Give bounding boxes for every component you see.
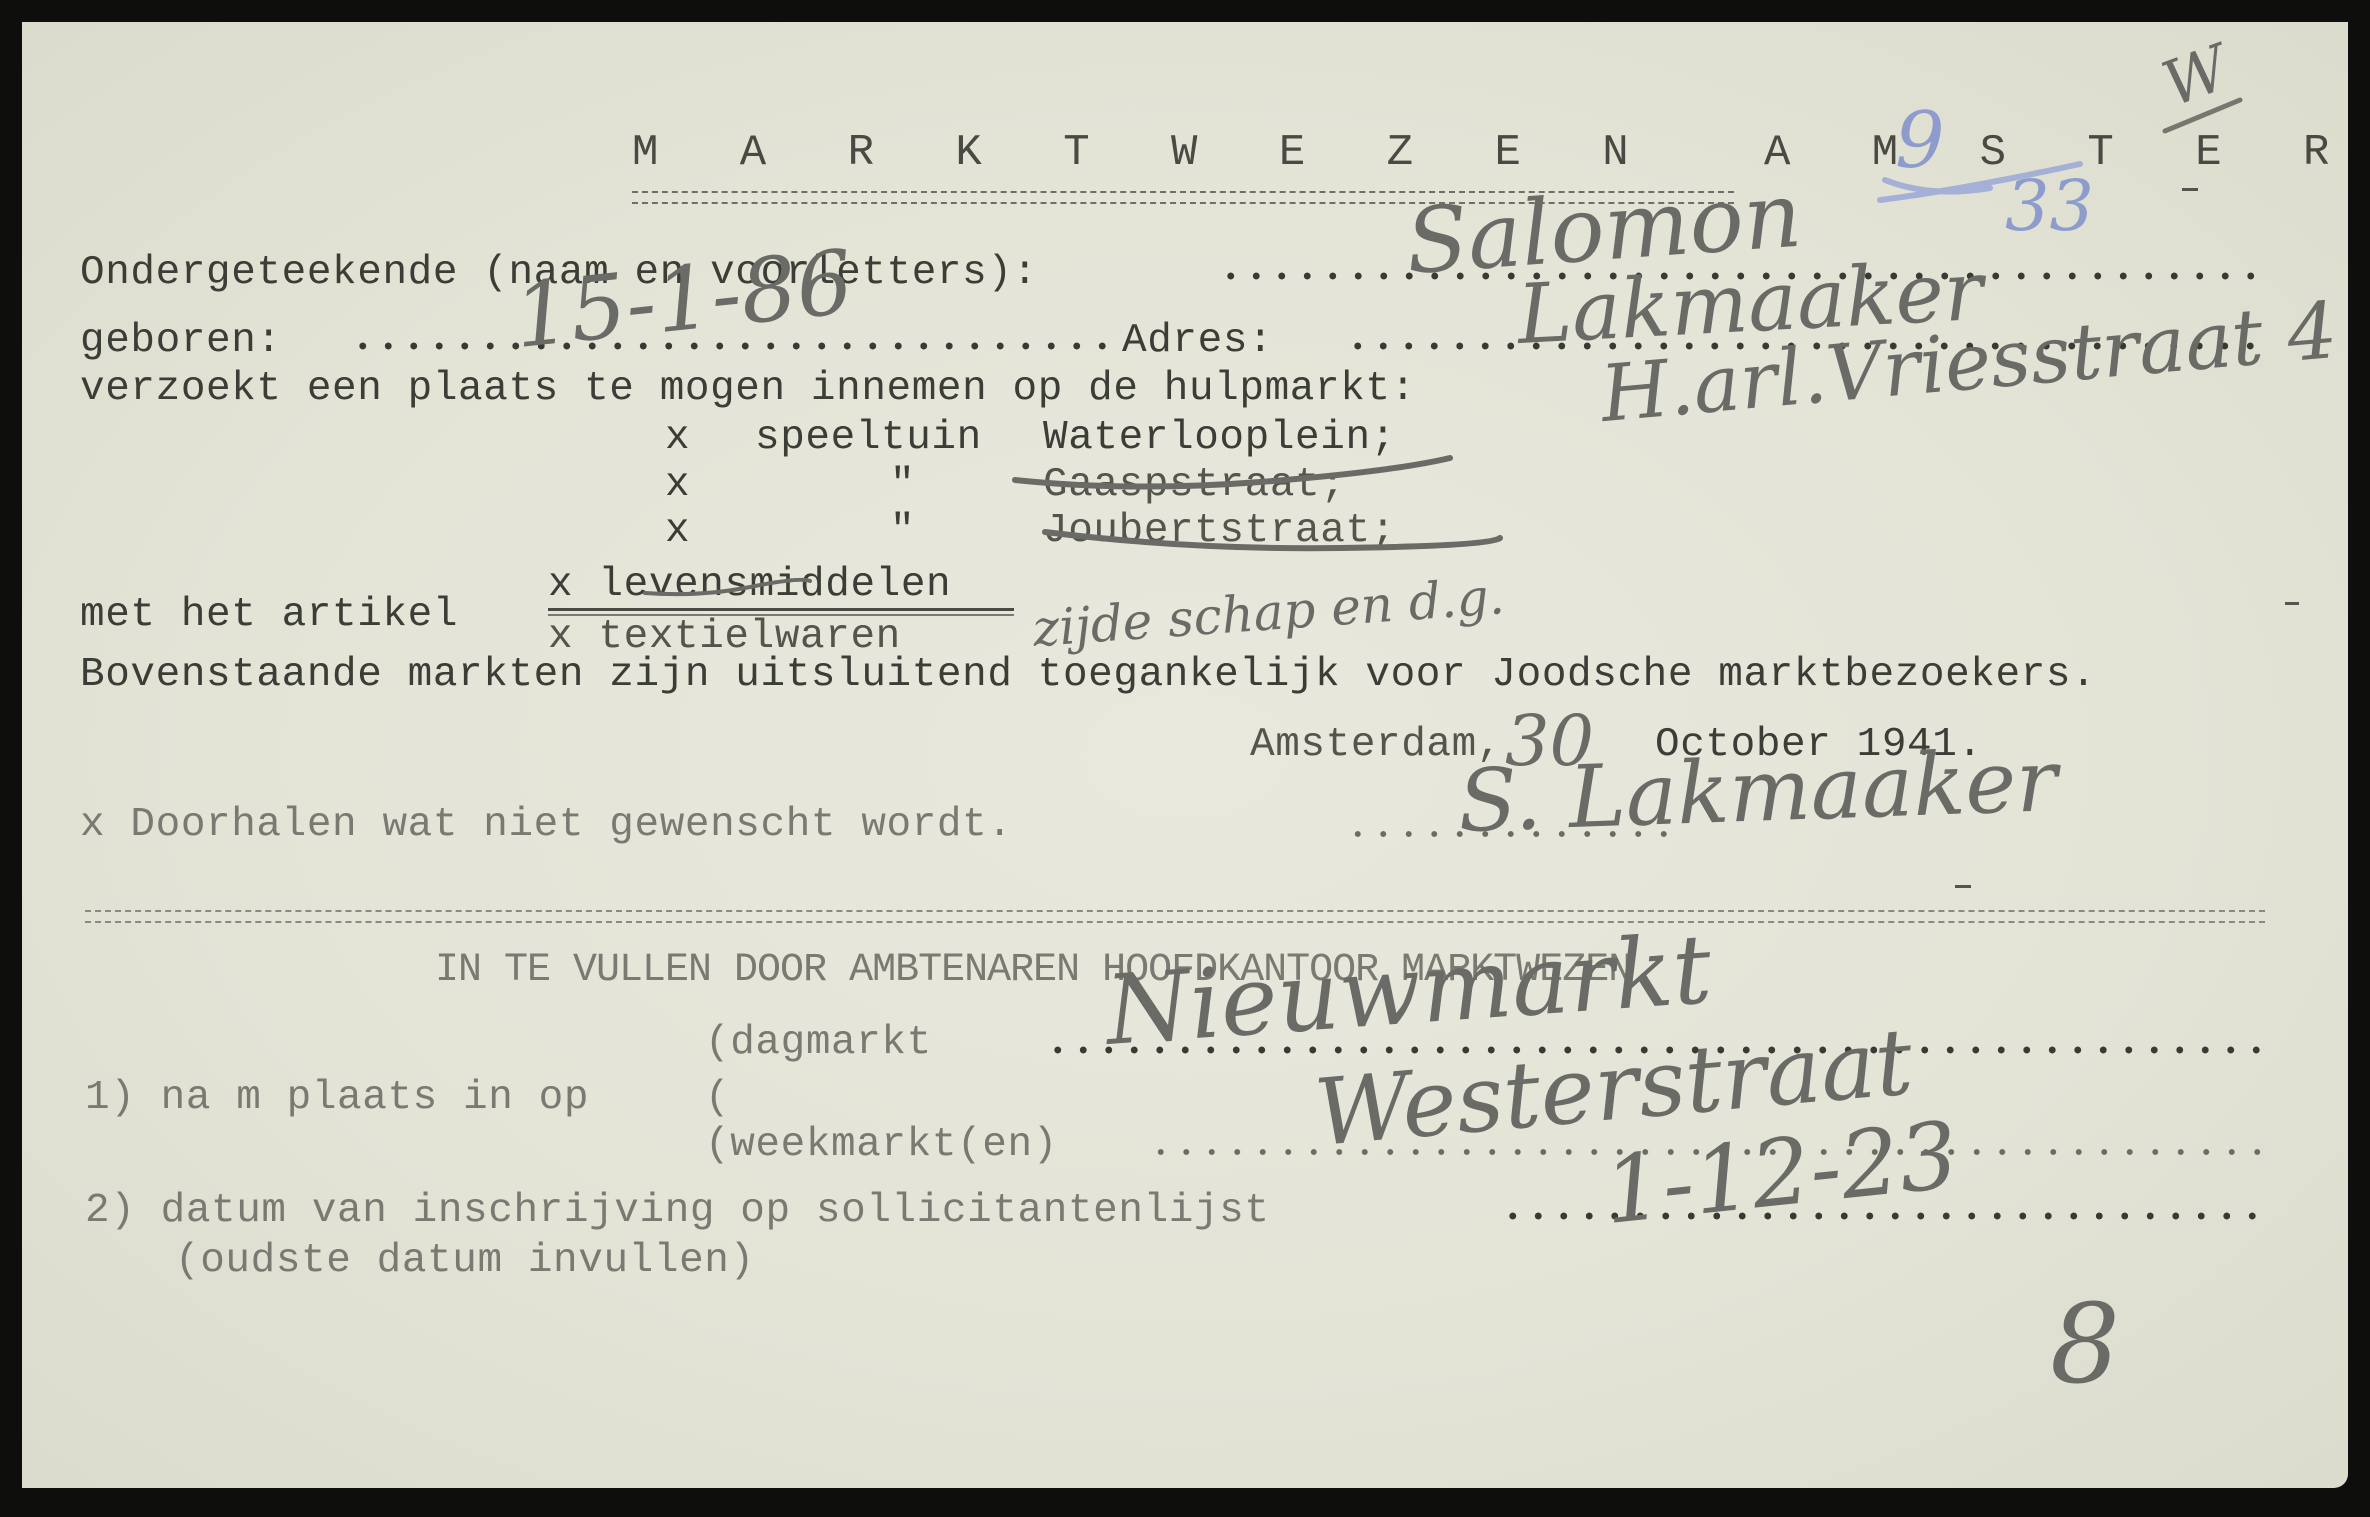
joubertstraat-strikethrough <box>1040 520 1510 560</box>
market-prefix-1: speeltuin <box>755 415 982 461</box>
gaaspstraat-strikethrough <box>1010 450 1460 500</box>
market-prefix-2: " <box>890 462 915 508</box>
market-prefix-3: " <box>890 508 915 554</box>
market-marker-3[interactable]: x <box>665 508 690 554</box>
item2-label: 2) datum van inschrijving op sollicitant… <box>85 1188 1270 1234</box>
notice-text: Bovenstaande markten zijn uitsluitend to… <box>80 652 2096 698</box>
item2-note: (oudste datum invullen) <box>175 1238 755 1284</box>
dagmarkt-label: (dagmarkt <box>705 1020 932 1066</box>
request-text: verzoekt een plaats te mogen innemen op … <box>80 366 1416 412</box>
pencil-corner-stroke <box>2160 95 2250 135</box>
weekmarkt-label: (weekmarkt(en) <box>705 1122 1058 1168</box>
market-marker-1[interactable]: x <box>665 415 690 461</box>
pencil-bottom-mark: 8 <box>2050 1280 2120 1408</box>
address-label: Adres: <box>1122 318 1273 364</box>
signature[interactable]: S. Lakmaaker <box>1457 731 2059 852</box>
tick-mark-3 <box>2285 602 2299 605</box>
article-strike-line <box>548 608 1014 611</box>
brace-middle: ( <box>705 1075 730 1121</box>
tick-mark-2 <box>1955 885 1971 888</box>
item1-label: 1) na m plaats in op <box>85 1075 589 1121</box>
levensmiddelen-scribble <box>640 575 820 605</box>
market-marker-2[interactable]: x <box>665 462 690 508</box>
born-label: geboren: <box>80 318 282 364</box>
article-label: met het artikel <box>80 592 458 638</box>
tick-mark <box>2182 188 2198 191</box>
footnote-text: x Doorhalen wat niet gewenscht wordt. <box>80 802 1013 848</box>
section-divider <box>85 910 2265 923</box>
archive-number-bottom: 33 <box>2005 165 2094 247</box>
